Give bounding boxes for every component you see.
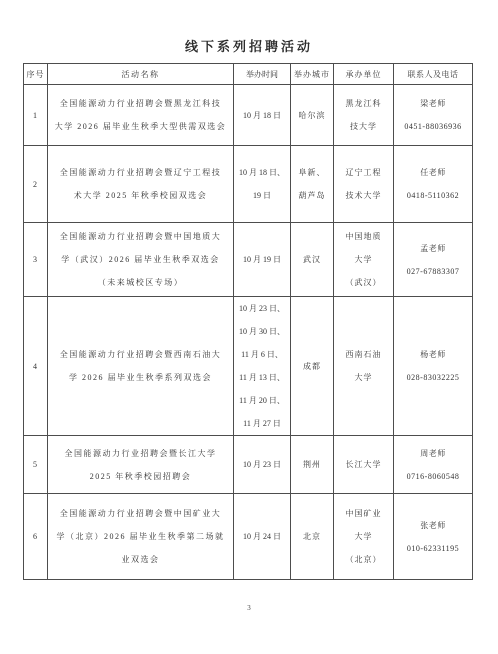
cell-line: 2025 年秋季校园招聘会: [90, 465, 192, 488]
cell-line: 010-62331195: [407, 537, 459, 560]
column-header-no: 序号: [24, 64, 48, 85]
cell-line: （未来城校区专场）: [98, 271, 184, 294]
cell-line: 全国能源动力行业招聘会暨辽宁工程技: [60, 161, 222, 184]
cell-line: 孟老师: [420, 237, 446, 260]
cell-line: 学 2026 届毕业生秋季系列双选会: [69, 366, 212, 389]
table-body: 1全国能源动力行业招聘会暨黑龙江科技大学 2026 届毕业生秋季大型供需双选会1…: [24, 85, 472, 579]
cell-line: 11 月 6 日、: [241, 343, 283, 366]
table-row: 6全国能源动力行业招聘会暨中国矿业大学（北京）2026 届毕业生秋季第二场就业双…: [24, 494, 472, 579]
cell-line: 全国能源动力行业招聘会暨中国矿业大: [60, 502, 222, 525]
cell-line: 成都: [303, 355, 321, 378]
table-row: 2全国能源动力行业招聘会暨辽宁工程技术大学 2025 年秋季校园双选会10 月 …: [24, 146, 472, 223]
cell-time: 10 月 18 日: [234, 85, 291, 146]
cell-city: 荆州: [291, 436, 334, 494]
cell-line: 阜新、: [299, 161, 326, 184]
cell-line: 0418-5110362: [407, 184, 459, 207]
cell-line: 辽宁工程: [346, 161, 382, 184]
column-header-name: 活动名称: [48, 64, 234, 85]
cell-contact: 杨老师028-83032225: [394, 297, 472, 436]
cell-contact: 梁老师0451-88036936: [394, 85, 472, 146]
cell-line: 张老师: [420, 514, 446, 537]
page-title: 线下系列招聘活动: [0, 36, 498, 55]
table-header-row: 序号 活动名称 举办时间 举办城市 承办单位 联系人及电话: [24, 64, 472, 85]
table-row: 1全国能源动力行业招聘会暨黑龙江科技大学 2026 届毕业生秋季大型供需双选会1…: [24, 85, 472, 146]
cell-line: （武汉）: [346, 271, 382, 294]
cell-contact: 张老师010-62331195: [394, 494, 472, 579]
cell-organizer: 西南石油大学: [334, 297, 394, 436]
cell-line: 中国地质: [346, 225, 382, 248]
cell-line: 2: [33, 173, 38, 196]
cell-line: 哈尔滨: [299, 104, 326, 127]
cell-line: 10 月 19 日: [243, 248, 281, 271]
column-header-time: 举办时间: [234, 64, 291, 85]
cell-line: 19 日: [253, 184, 271, 207]
cell-city: 武汉: [291, 223, 334, 297]
cell-time: 10 月 23 日: [234, 436, 291, 494]
cell-line: 技术大学: [346, 184, 382, 207]
cell-line: 11 月 20 日、: [239, 389, 285, 412]
cell-line: 北京: [303, 525, 321, 548]
column-header-organizer: 承办单位: [334, 64, 394, 85]
cell-line: 4: [33, 355, 38, 378]
page-number: 3: [0, 604, 498, 612]
cell-organizer: 黑龙江科技大学: [334, 85, 394, 146]
cell-line: 全国能源动力行业招聘会暨西南石油大: [60, 343, 222, 366]
cell-no: 6: [24, 494, 48, 579]
cell-contact: 孟老师027-67883307: [394, 223, 472, 297]
cell-time: 10 月 18 日、19 日: [234, 146, 291, 223]
cell-line: 中国矿业: [346, 502, 382, 525]
cell-line: 0451-88036936: [404, 115, 461, 138]
column-header-contact: 联系人及电话: [394, 64, 472, 85]
cell-line: 027-67883307: [407, 260, 460, 283]
cell-no: 4: [24, 297, 48, 436]
cell-contact: 任老师0418-5110362: [394, 146, 472, 223]
cell-line: 11 月 27 日: [243, 412, 281, 435]
cell-line: 10 月 18 日: [243, 104, 281, 127]
table-row: 5全国能源动力行业招聘会暨长江大学2025 年秋季校园招聘会10 月 23 日荆…: [24, 436, 472, 494]
cell-no: 2: [24, 146, 48, 223]
cell-activity-name: 全国能源动力行业招聘会暨长江大学2025 年秋季校园招聘会: [48, 436, 234, 494]
cell-no: 5: [24, 436, 48, 494]
cell-time: 10 月 19 日: [234, 223, 291, 297]
cell-organizer: 中国矿业大学（北京）: [334, 494, 394, 579]
cell-line: （北京）: [346, 548, 382, 571]
cell-line: 全国能源动力行业招聘会暨长江大学: [65, 442, 217, 465]
cell-city: 阜新、葫芦岛: [291, 146, 334, 223]
cell-line: 全国能源动力行业招聘会暨黑龙江科技: [60, 92, 222, 115]
cell-line: 6: [33, 525, 38, 548]
cell-line: 0716-8060548: [407, 465, 460, 488]
cell-line: 任老师: [420, 161, 446, 184]
table-row: 3全国能源动力行业招聘会暨中国地质大学（武汉）2026 届毕业生秋季双选会（未来…: [24, 223, 472, 297]
cell-line: 5: [33, 453, 38, 476]
cell-line: 葫芦岛: [299, 184, 326, 207]
cell-line: 长江大学: [346, 453, 382, 476]
cell-city: 成都: [291, 297, 334, 436]
table-row: 4全国能源动力行业招聘会暨西南石油大学 2026 届毕业生秋季系列双选会10 月…: [24, 297, 472, 436]
cell-line: 3: [33, 248, 38, 271]
cell-activity-name: 全国能源动力行业招聘会暨西南石油大学 2026 届毕业生秋季系列双选会: [48, 297, 234, 436]
cell-line: 学（北京）2026 届毕业生秋季第二场就: [57, 525, 225, 548]
cell-city: 哈尔滨: [291, 85, 334, 146]
document-page: 线下系列招聘活动 序号 活动名称 举办时间 举办城市 承办单位 联系人及电话 1…: [0, 0, 498, 654]
cell-no: 1: [24, 85, 48, 146]
cell-line: 武汉: [303, 248, 321, 271]
cell-line: 10 月 23 日: [243, 453, 281, 476]
cell-line: 大学: [355, 248, 373, 271]
cell-time: 10 月 23 日、10 月 30 日、11 月 6 日、11 月 13 日、1…: [234, 297, 291, 436]
cell-organizer: 长江大学: [334, 436, 394, 494]
cell-line: 10 月 30 日、: [239, 320, 285, 343]
cell-time: 10 月 24 日: [234, 494, 291, 579]
cell-line: 学（武汉）2026 届毕业生秋季双选会: [61, 248, 220, 271]
cell-line: 技大学: [350, 115, 377, 138]
cell-line: 大学: [355, 366, 373, 389]
cell-organizer: 中国地质大学（武汉）: [334, 223, 394, 297]
cell-no: 3: [24, 223, 48, 297]
cell-activity-name: 全国能源动力行业招聘会暨黑龙江科技大学 2026 届毕业生秋季大型供需双选会: [48, 85, 234, 146]
cell-line: 荆州: [303, 453, 321, 476]
cell-line: 大学 2026 届毕业生秋季大型供需双选会: [55, 115, 227, 138]
cell-organizer: 辽宁工程技术大学: [334, 146, 394, 223]
cell-line: 杨老师: [420, 343, 446, 366]
cell-line: 028-83032225: [407, 366, 460, 389]
cell-line: 10 月 23 日、: [239, 297, 285, 320]
cell-line: 11 月 13 日、: [239, 366, 285, 389]
cell-line: 黑龙江科: [346, 92, 382, 115]
cell-line: 1: [33, 104, 38, 127]
cell-city: 北京: [291, 494, 334, 579]
cell-activity-name: 全国能源动力行业招聘会暨中国矿业大学（北京）2026 届毕业生秋季第二场就业双选…: [48, 494, 234, 579]
cell-activity-name: 全国能源动力行业招聘会暨辽宁工程技术大学 2025 年秋季校园双选会: [48, 146, 234, 223]
cell-line: 全国能源动力行业招聘会暨中国地质大: [60, 225, 222, 248]
cell-line: 梁老师: [420, 92, 446, 115]
cell-activity-name: 全国能源动力行业招聘会暨中国地质大学（武汉）2026 届毕业生秋季双选会（未来城…: [48, 223, 234, 297]
cell-line: 西南石油: [346, 343, 382, 366]
recruitment-table: 序号 活动名称 举办时间 举办城市 承办单位 联系人及电话 1全国能源动力行业招…: [23, 63, 473, 580]
cell-line: 周老师: [420, 442, 446, 465]
cell-contact: 周老师0716-8060548: [394, 436, 472, 494]
cell-line: 大学: [355, 525, 373, 548]
cell-line: 10 月 24 日: [243, 525, 281, 548]
cell-line: 10 月 18 日、: [239, 161, 285, 184]
column-header-city: 举办城市: [291, 64, 334, 85]
cell-line: 业双选会: [122, 548, 160, 571]
cell-line: 术大学 2025 年秋季校园双选会: [74, 184, 208, 207]
